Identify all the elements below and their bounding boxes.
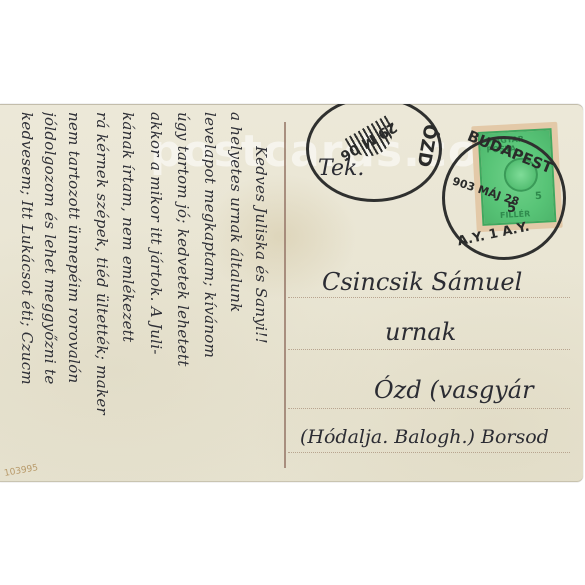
message-line: rá kérnek szépek, tiéd ültették; maker <box>89 112 111 474</box>
message-line: úgy tartom jó; kedvetek lehetett <box>170 112 192 474</box>
message-line: Kedves Juliska és Sanyi!! <box>248 146 270 482</box>
address-name: Csincsik Sámuel <box>322 268 522 296</box>
address-rule <box>288 408 570 409</box>
stage: postcards.co Kedves Juliska és Sanyi!! a… <box>0 0 585 585</box>
message-line: levelapot megkaptam; kívánom <box>197 112 219 474</box>
message-line: a helyetes urnak általunk <box>223 112 245 474</box>
postcard-back: postcards.co Kedves Juliska és Sanyi!! a… <box>0 104 583 482</box>
center-divider <box>284 122 286 468</box>
message-line: nem tartozott ünnepéim rorovalón <box>61 112 83 474</box>
address-rule <box>288 349 570 350</box>
address-town: Ózd (vasgyár <box>374 376 534 404</box>
message-line: akkor a mikor itt jártok. A Juli- <box>143 112 165 474</box>
postmark-hour: 5 <box>507 201 516 216</box>
address-rule <box>288 452 570 453</box>
postmark-code: A.Y. 1 A.Y. <box>456 220 531 250</box>
postmark-town: ÓZD <box>413 122 441 168</box>
message-line: kedvesem; Itt Lukácsot éti; Czucm <box>14 112 36 474</box>
postmark-budapest: BUDAPEST 903 MÁJ 28 5 A.Y. 1 A.Y. <box>442 136 566 260</box>
address-title: urnak <box>385 318 456 346</box>
message-area: Kedves Juliska és Sanyi!! a helyetes urn… <box>4 112 276 474</box>
message-line: jóldolgozom és lehet meggyőzni te <box>37 112 59 474</box>
postmark-ozd: ÓZD 29 M 06 <box>306 104 442 202</box>
message-line: kának írtam, nem emlékezett <box>115 112 137 474</box>
address-detail: (Hódalja. Balogh.) Borsod <box>300 426 549 448</box>
address-rule <box>288 297 570 298</box>
